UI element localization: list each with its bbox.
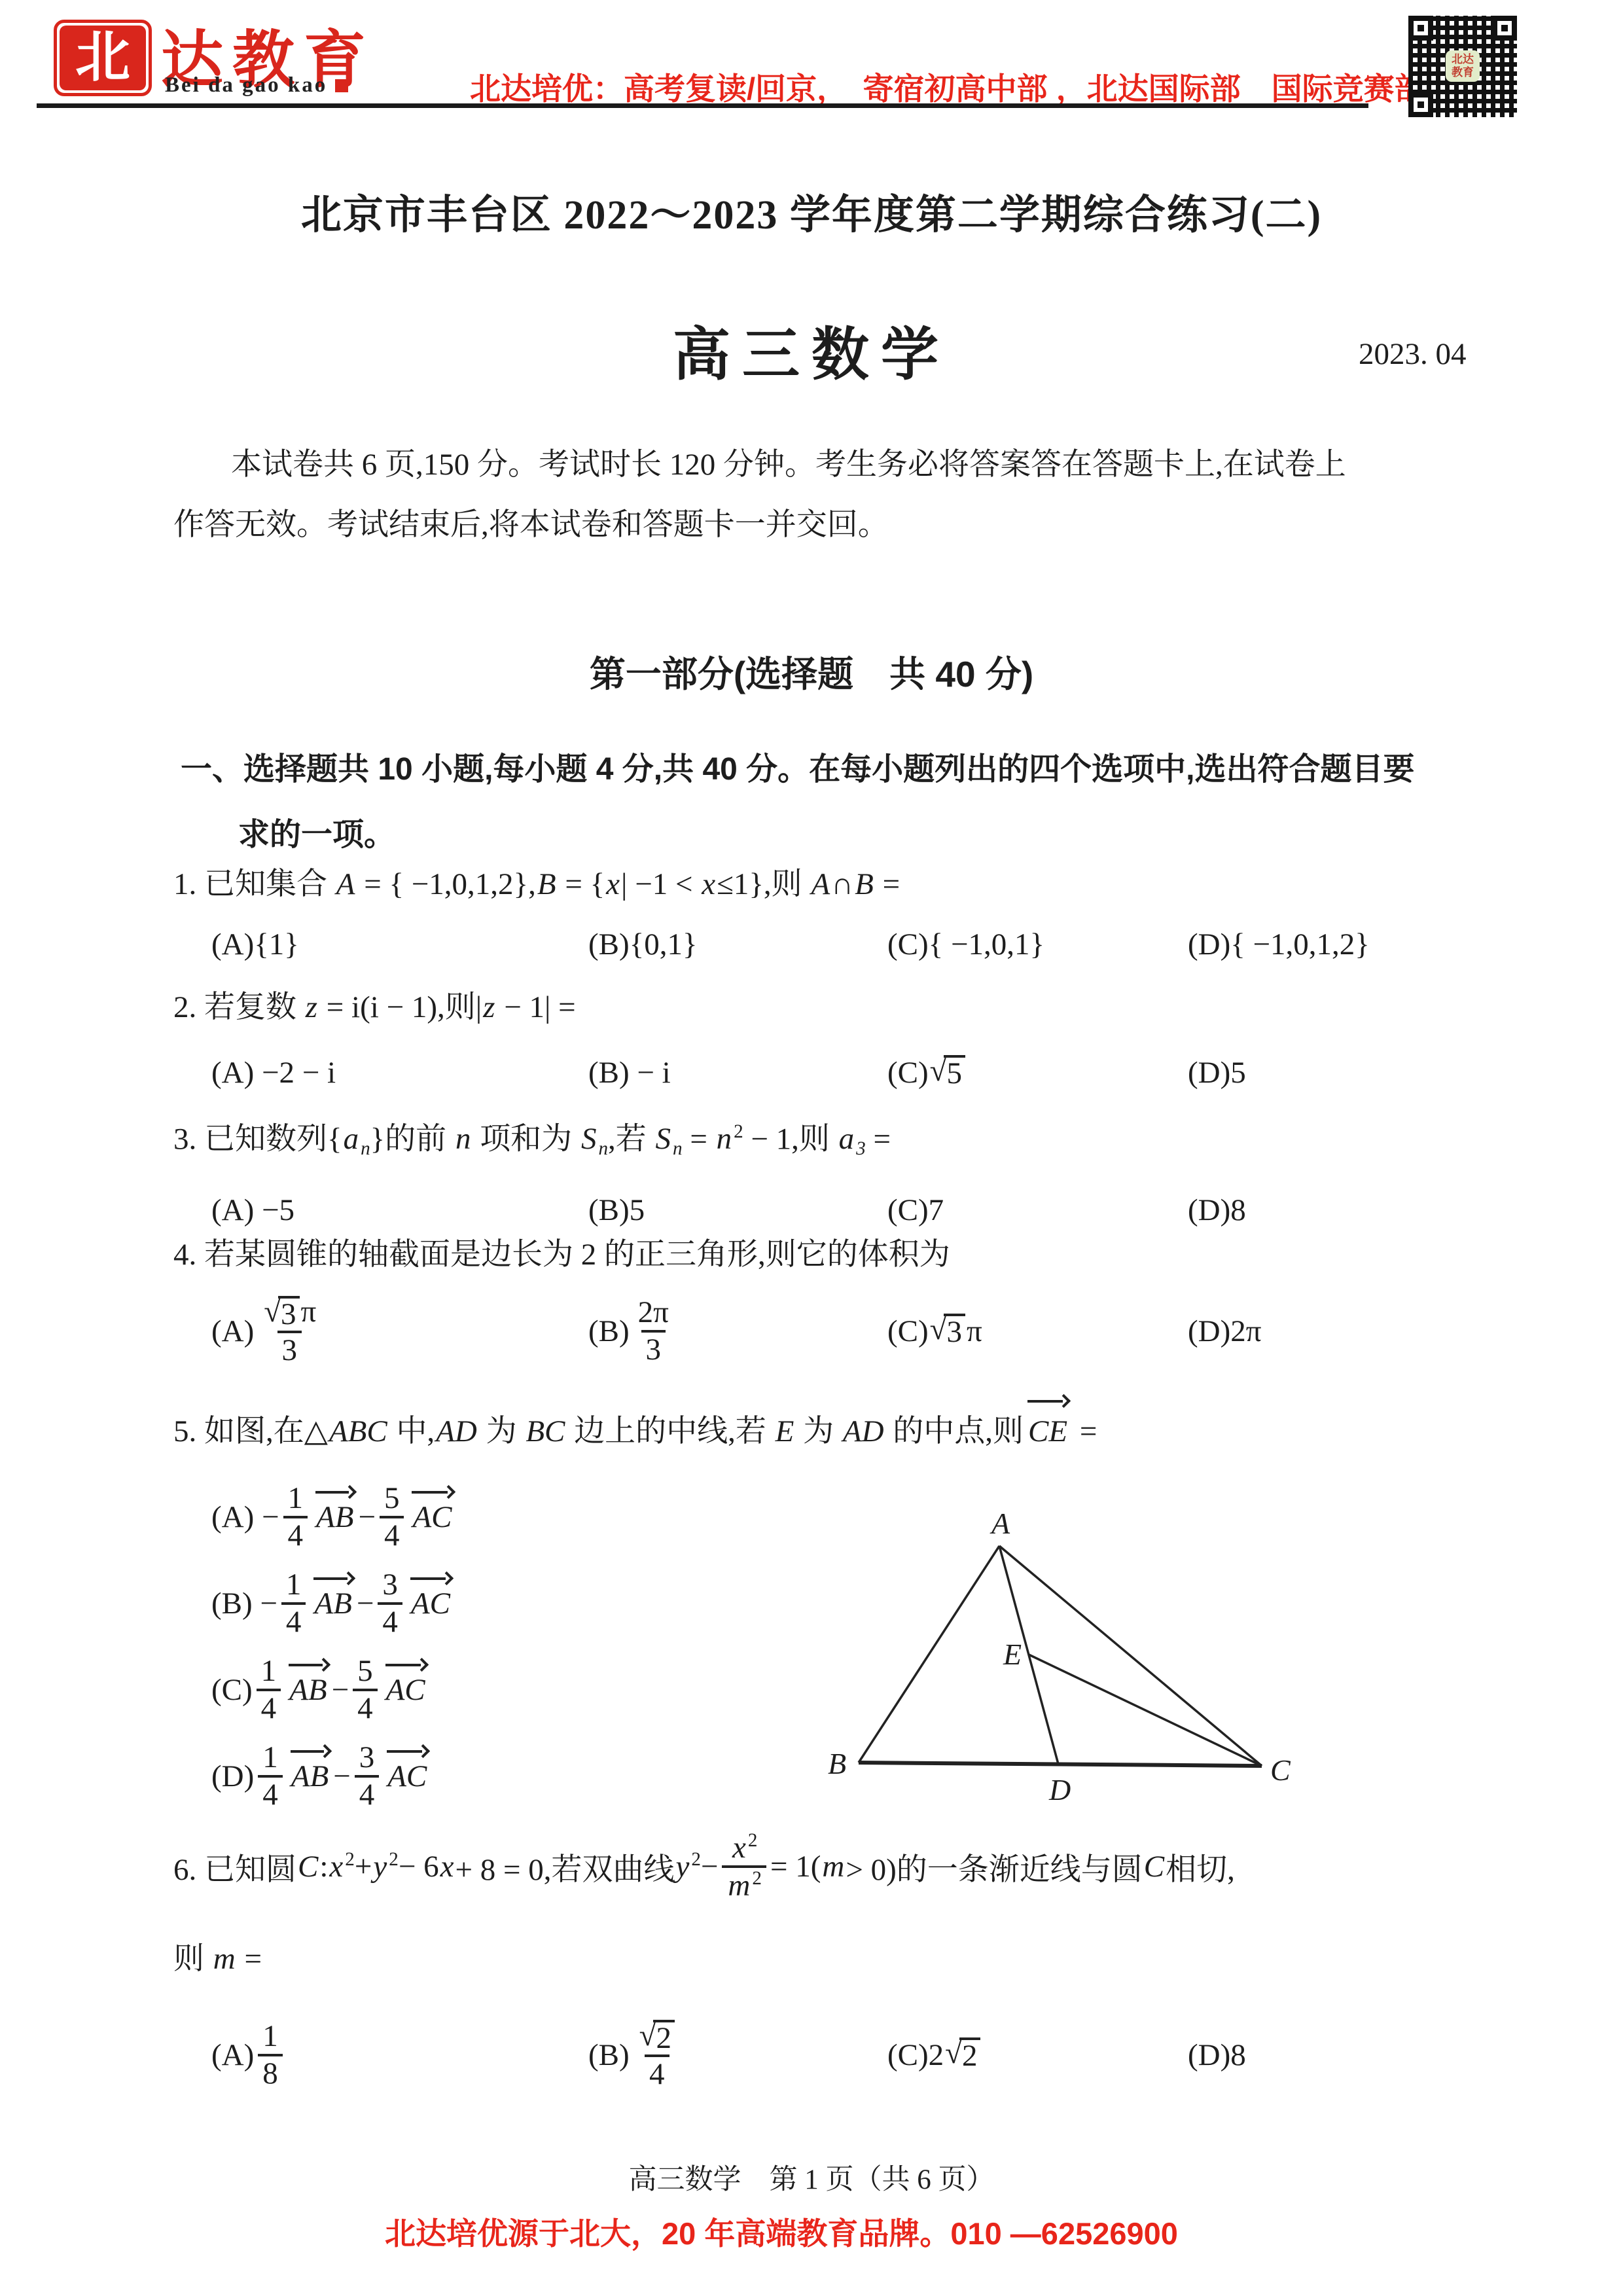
question-2: 2. 若复数 z = i(i − 1),则|z − 1| = (A) −2 − … (173, 984, 1623, 1090)
question-6: 6. 已知圆 C:x2 + y2 − 6x + 8 = 0,若双曲线 y2 − … (173, 1814, 1623, 2092)
qr-center-logo: 北达 教育 (1446, 50, 1480, 82)
qr-finder-icon (1492, 16, 1517, 41)
option-d: (D)5 (1188, 1055, 1623, 1090)
question-5-stem: 5. 如图,在△ABC 中,AD 为 BC 边上的中线,若 E 为 AD 的中点… (173, 1408, 1623, 1454)
option-d: (D){ −1,0,1,2} (1188, 927, 1623, 962)
page-footer: 高三数学 第 1 页（共 6 页） (0, 2157, 1623, 2197)
option-a: (A)18 (211, 2019, 588, 2090)
header-tagline: 北达培优：高考复读/回京， 寄宿初高中部 ，北达国际部 国际竞赛部 (470, 65, 1425, 109)
question-4-stem: 4. 若某圆锥的轴截面是边长为 2 的正三角形,则它的体积为 (173, 1232, 1623, 1278)
vertex-label-d: D (1048, 1773, 1071, 1803)
question-2-options: (A) −2 − i (B) − i (C)√5 (D)5 (173, 1055, 1623, 1090)
qr-logo-line: 北达 (1452, 53, 1474, 66)
instruction-line: 一、选择题共 10 小题,每小题 4 分,共 40 分。在每小题列出的四个选项中… (181, 737, 1415, 802)
brand-subtitle-text: Bei da gao kao (165, 73, 327, 98)
vertex-label-a: A (990, 1507, 1010, 1540)
seal-inner: 北 (60, 26, 146, 90)
option-a: (A){1} (211, 927, 588, 962)
qr-logo-line: 教育 (1452, 66, 1474, 79)
option-c: (C)√3π (887, 1314, 1188, 1349)
option-a: (A) −5 (211, 1193, 588, 1228)
qr-finder-icon (1408, 92, 1433, 117)
qr-code-icon: 北达 教育 (1408, 16, 1517, 117)
option-b: (B) − i (588, 1055, 887, 1090)
option-b: (B)√24 (588, 2018, 887, 2092)
exam-page: 北 达教育 Bei da gao kao 北达培优：高考复读/回京， 寄宿初高中… (0, 0, 1623, 2296)
part1-instructions: 一、选择题共 10 小题,每小题 4 分,共 40 分。在每小题列出的四个选项中… (181, 737, 1415, 868)
question-6-stem: 6. 已知圆 C:x2 + y2 − 6x + 8 = 0,若双曲线 y2 − … (173, 1814, 1623, 1919)
notice-line: 本试卷共 6 页,150 分。考试时长 120 分钟。考生务必将答案答在答题卡上… (173, 435, 1346, 495)
question-1-options: (A){1} (B){0,1} (C){ −1,0,1} (D){ −1,0,1… (173, 927, 1623, 962)
exam-title: 北京市丰台区 2022～2023 学年度第二学期综合练习(二) (0, 182, 1623, 240)
option-b: (B){0,1} (588, 927, 887, 962)
triangle-figure: A B C D E (808, 1502, 1293, 1803)
question-3-options: (A) −5 (B)5 (C)7 (D)8 (173, 1193, 1623, 1228)
part1-heading: 第一部分(选择题 共 40 分) (0, 645, 1623, 697)
footer-promo: 北达培优源于北大，20 年高端教育品牌。010 —62526900 (385, 2210, 1178, 2253)
option-b: (B)2π3 (588, 1295, 887, 1367)
question-6-options: (A)18 (B)√24 (C)2√2 (D)8 (173, 2018, 1623, 2092)
option-c: (C)2√2 (887, 2037, 1188, 2073)
option-c: (C)7 (887, 1193, 1188, 1228)
question-2-stem: 2. 若复数 z = i(i − 1),则|z − 1| = (173, 984, 1623, 1030)
option-d: (D)8 (1188, 2037, 1623, 2073)
brand-seal-logo: 北 (54, 20, 152, 96)
brand-subtitle: Bei da gao kao (165, 73, 348, 98)
option-c: (C){ −1,0,1} (887, 927, 1188, 962)
header-divider (37, 103, 1368, 108)
vertex-label-e: E (1003, 1638, 1022, 1671)
option-b: (B)5 (588, 1193, 887, 1228)
option-a: (A) −2 − i (211, 1055, 588, 1090)
exam-notice: 本试卷共 6 页,150 分。考试时长 120 分钟。考生务必将答案答在答题卡上… (173, 435, 1346, 555)
question-4: 4. 若某圆锥的轴截面是边长为 2 的正三角形,则它的体积为 (A)√3π3 (… (173, 1232, 1623, 1368)
red-square-mark (335, 79, 348, 92)
vertex-label-c: C (1270, 1753, 1291, 1787)
exam-date: 2023. 04 (1359, 336, 1467, 372)
option-c: (C)√5 (887, 1055, 1188, 1090)
qr-finder-icon (1408, 16, 1433, 41)
question-4-options: (A)√3π3 (B)2π3 (C)√3π (D)2π (173, 1295, 1623, 1368)
seal-character: 北 (75, 31, 130, 86)
question-1-stem: 1. 已知集合 A = { −1,0,1,2},B = {x| −1 < x≤1… (173, 861, 1623, 907)
vertex-label-b: B (828, 1747, 846, 1780)
option-d: (D)8 (1188, 1193, 1623, 1228)
question-3: 3. 已知数列{an}的前 n 项和为 Sn,若 Sn = n2 − 1,则 a… (173, 1109, 1623, 1228)
question-6-stem-line2: 则 m = (173, 1936, 1623, 1982)
option-d: (D)2π (1188, 1314, 1623, 1349)
option-a: (A)√3π3 (211, 1295, 588, 1368)
notice-line: 作答无效。考试结束后,将本试卷和答题卡一并交回。 (173, 495, 1346, 555)
question-3-stem: 3. 已知数列{an}的前 n 项和为 Sn,若 Sn = n2 − 1,则 a… (173, 1109, 1623, 1172)
question-1: 1. 已知集合 A = { −1,0,1,2},B = {x| −1 < x≤1… (173, 861, 1623, 962)
instruction-line: 求的一项。 (238, 802, 1415, 868)
